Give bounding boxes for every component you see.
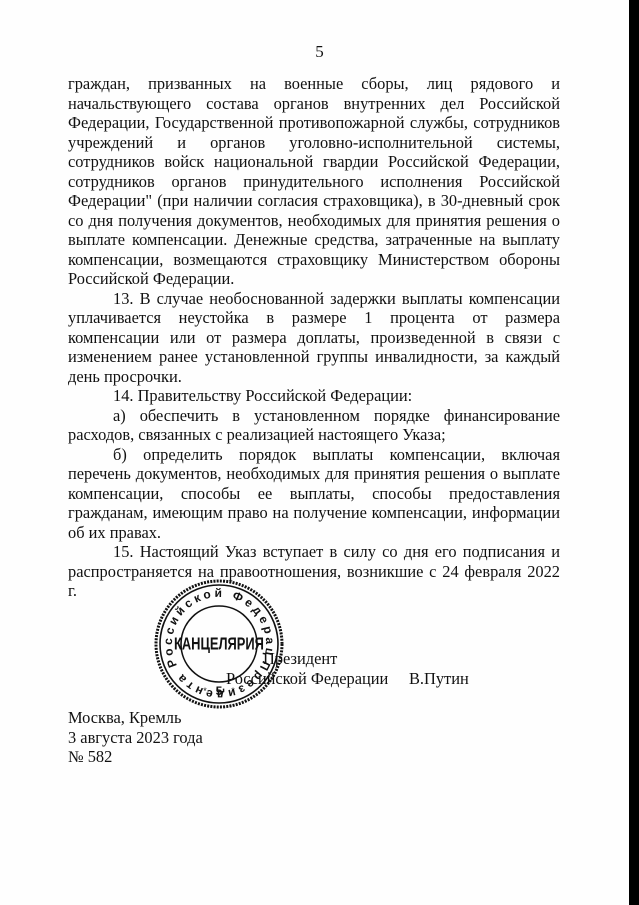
scan-edge-border: [629, 0, 639, 905]
paragraph-14b: б) определить порядок выплаты компенсаци…: [68, 445, 560, 543]
svg-text:*: *: [203, 686, 207, 696]
decree-number: № 582: [68, 747, 203, 767]
svg-text:КАНЦЕЛЯРИЯ: КАНЦЕЛЯРИЯ: [174, 635, 264, 654]
paragraph-14: 14. Правительству Российской Федерации:: [68, 386, 560, 406]
document-page: 5 граждан, призванных на военные сборы, …: [0, 0, 629, 905]
paragraph-14a: а) обеспечить в установленном порядке фи…: [68, 406, 560, 445]
signing-date: 3 августа 2023 года: [68, 728, 203, 748]
signing-place: Москва, Кремль: [68, 708, 203, 728]
paragraph-continuation: граждан, призванных на военные сборы, ли…: [68, 74, 560, 289]
official-stamp-icon: Президента Российской Федерации КАНЦЕЛЯР…: [153, 578, 285, 710]
signatory-name: В.Путин: [409, 669, 469, 689]
svg-text:5: 5: [216, 684, 223, 698]
svg-text:*: *: [231, 686, 235, 696]
document-body: граждан, призванных на военные сборы, ли…: [68, 74, 560, 601]
paragraph-15: 15. Настоящий Указ вступает в силу со дн…: [68, 542, 560, 601]
page-number: 5: [0, 42, 639, 62]
document-footer: Москва, Кремль 3 августа 2023 года № 582: [68, 708, 203, 767]
paragraph-13: 13. В случае необоснованной задержки вып…: [68, 289, 560, 387]
